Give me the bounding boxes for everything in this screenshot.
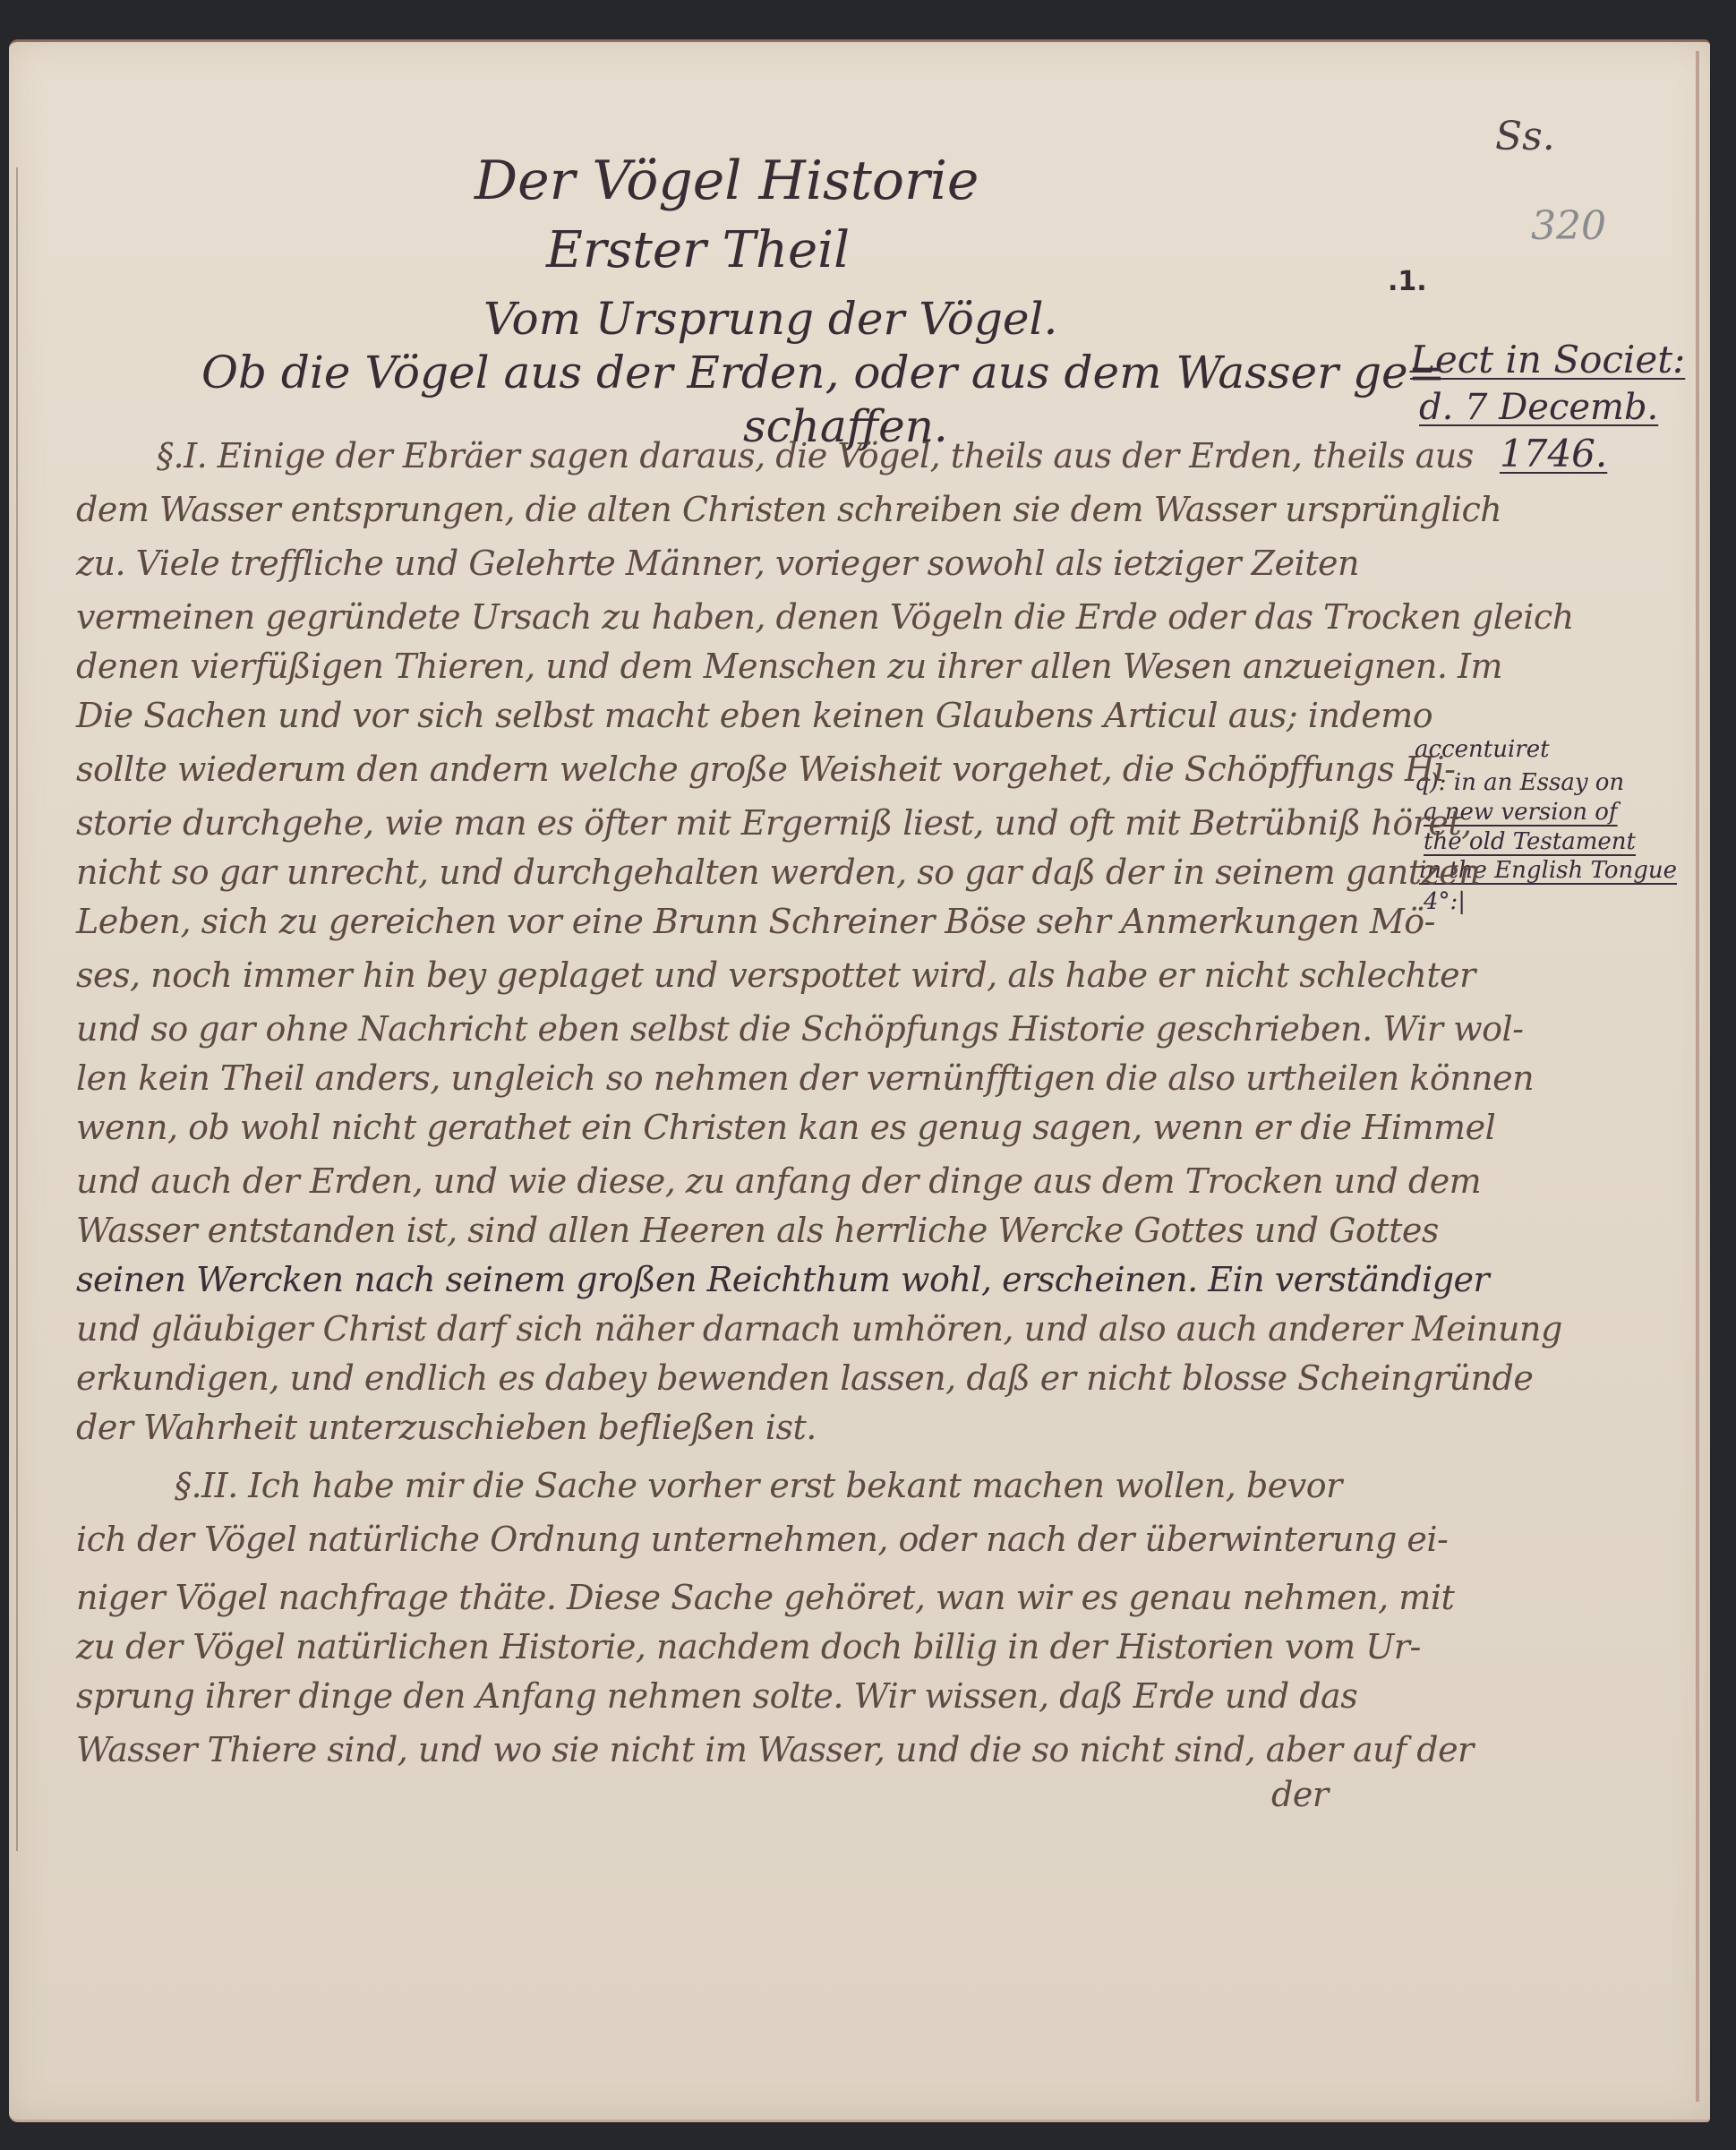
text-line: vermeinen gegründete Ursach zu haben, de… [76, 597, 1574, 637]
folio-number: 320 [1531, 203, 1606, 249]
page-edge-left [16, 167, 18, 1851]
text-line: und auch der Erden, und wie diese, zu an… [76, 1161, 1481, 1201]
text-line: ses, noch immer hin bey geplaget und ver… [76, 955, 1475, 995]
margin-note-lecture-line3: 1746. [1500, 432, 1607, 475]
question-line-1: Ob die Vögel aus der Erden, oder aus dem… [201, 347, 1445, 398]
text-line: dem Wasser entsprungen, die alten Christ… [76, 490, 1501, 529]
text-line: §.II. Ich habe mir die Sache vorher erst… [175, 1466, 1342, 1505]
text-line: nicht so gar unrecht, und durchgehalten … [76, 852, 1480, 892]
manuscript-page: Ss. 320 .1. Der Vögel Historie Erster Th… [9, 39, 1710, 2122]
text-line: sprung ihrer dinge den Anfang nehmen sol… [76, 1676, 1357, 1716]
catchword: der [1271, 1775, 1328, 1814]
text-line: wenn, ob wohl nicht gerathet ein Christe… [76, 1108, 1495, 1147]
text-line: sollte wiederum den andern welche große … [76, 750, 1456, 789]
chapter-heading: Vom Ursprung der Vögel. [483, 293, 1057, 345]
text-line: §.I. Einige der Ebräer sagen daraus, die… [157, 436, 1474, 475]
section-marker: .1. [1388, 266, 1427, 297]
text-line: denen vierfüßigen Thieren, und dem Mensc… [76, 647, 1502, 686]
title-line-1: Der Vögel Historie [475, 150, 979, 212]
text-line: ich der Vögel natürliche Ordnung unterne… [76, 1520, 1448, 1559]
text-line: niger Vögel nachfrage thäte. Diese Sache… [76, 1578, 1454, 1617]
shelfmark: Ss. [1495, 114, 1555, 159]
text-line: Wasser entstanden ist, sind allen Heeren… [76, 1211, 1439, 1250]
text-line: der Wahrheit unterzuschieben befließen i… [76, 1408, 817, 1447]
text-line: seinen Wercken nach seinem großen Reicht… [76, 1260, 1489, 1299]
margin-note-lecture-line1: Lect in Societ: [1410, 338, 1685, 381]
text-line: zu der Vögel natürlichen Historie, nachd… [76, 1627, 1421, 1666]
text-line: storie durchgehe, wie man es öfter mit E… [76, 803, 1472, 843]
title-line-2: Erster Theil [546, 221, 850, 279]
text-line: zu. Viele treffliche und Gelehrte Männer… [76, 544, 1359, 583]
text-line: und so gar ohne Nachricht eben selbst di… [76, 1009, 1523, 1049]
text-line: erkundigen, und endlich es dabey bewende… [76, 1358, 1533, 1398]
text-line: len kein Theil anders, ungleich so nehme… [76, 1058, 1534, 1098]
text-line: Leben, sich zu gereichen vor eine Brunn … [76, 902, 1435, 941]
text-line: und gläubiger Christ darf sich näher dar… [76, 1309, 1562, 1349]
text-line: Wasser Thiere sind, und wo sie nicht im … [76, 1730, 1474, 1769]
text-line: Die Sachen und vor sich selbst macht ebe… [76, 696, 1432, 735]
margin-note-lecture-line2: d. 7 Decemb. [1419, 387, 1658, 428]
page-edge-right [1696, 51, 1699, 2102]
